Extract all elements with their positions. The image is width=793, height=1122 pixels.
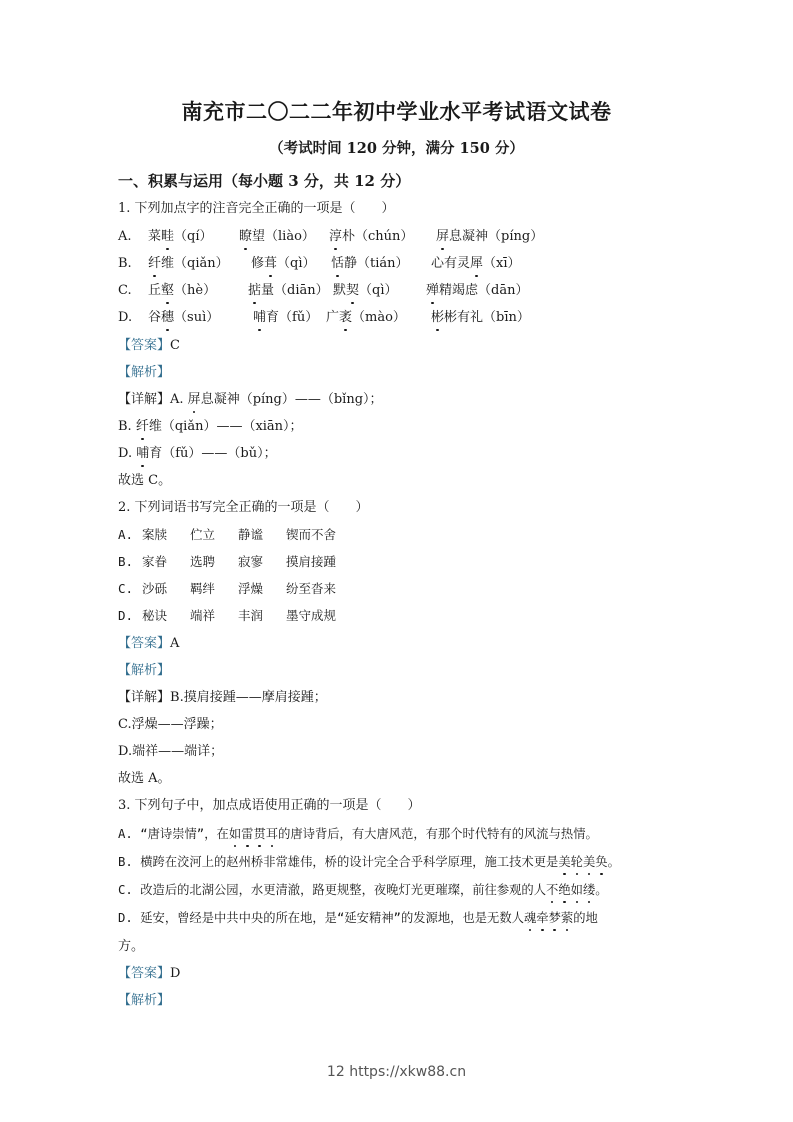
- emphasis-dot-char: 殚: [426, 282, 439, 300]
- emphasis-dot-char: 纤: [148, 255, 161, 273]
- option-item: 掂量（diān）: [248, 282, 329, 300]
- option-item: 彬彬有礼（bīn）: [431, 309, 530, 327]
- option-row: A.案牍伫立静谧锲而不舍: [118, 526, 133, 544]
- option-item: 恬静（tián）: [331, 255, 409, 273]
- question-3-stem: 3. 下列句子中，加点成语使用正确的一项是（ ）: [118, 797, 421, 815]
- option-letter: B.: [118, 855, 140, 869]
- detail-line: B. 纤维（qiǎn）——（xiān）；: [118, 418, 303, 436]
- emphasis-dot-char: 牵: [536, 909, 548, 927]
- option-word: 浮燥: [238, 580, 263, 598]
- option-row: D.谷穗（suì）哺育（fǔ）广袤（mào）彬彬有礼（bīn）: [118, 309, 132, 327]
- option-item: 殚精竭虑（dān）: [426, 282, 528, 300]
- analysis-label: 【解析】: [118, 364, 170, 382]
- detail-label: 【详解】: [118, 392, 170, 407]
- option-row: D. 延安，曾经是中共中央的所在地，是“延安精神”的发源地，也是无数人魂牵梦萦的…: [118, 909, 598, 927]
- option-word: 摸肩接踵: [286, 553, 336, 571]
- option-item: 瞭望（liào）: [239, 228, 315, 246]
- emphasis-dot-char: 屏: [436, 228, 449, 246]
- emphasis-dot-char: 掂: [248, 282, 261, 300]
- option-word: 羁绊: [190, 580, 215, 598]
- option-letter: D.: [118, 608, 133, 623]
- option-word: 寂寥: [238, 553, 263, 571]
- option-item: 修葺（qì）: [251, 255, 316, 273]
- option-letter: C.: [118, 883, 140, 897]
- question-2-stem: 2. 下列词语书写完全正确的一项是（ ）: [118, 499, 369, 517]
- option-word: 纷至沓来: [286, 580, 336, 598]
- analysis-label: 【解析】: [118, 662, 170, 680]
- option-item: 屏息凝神（píng）: [436, 228, 543, 246]
- emphasis-dot-char: 壑: [161, 282, 174, 300]
- option-d-continuation: 方。: [118, 938, 144, 956]
- emphasis-dot-char: 葺: [264, 255, 277, 273]
- answer-label: 【答案】: [118, 966, 170, 981]
- option-letter: D.: [118, 911, 140, 925]
- option-item: 菜畦（qí）: [148, 228, 213, 246]
- option-row: B.纤维（qiǎn）修葺（qì）恬静（tián）心有灵犀（xī）: [118, 255, 132, 273]
- option-word: 沙砾: [142, 580, 167, 598]
- analysis-label: 【解析】: [118, 992, 170, 1010]
- emphasis-dot-char: 如: [229, 825, 241, 843]
- page-title: 南充市二〇二二年初中学业水平考试语文试卷: [0, 96, 793, 126]
- emphasis-dot-char: 袤: [339, 309, 352, 327]
- option-letter: D.: [118, 309, 132, 327]
- option-item: 哺育（fǔ）: [253, 309, 318, 327]
- emphasis-dot-char: 哺: [136, 445, 149, 463]
- emphasis-dot-char: 契: [346, 282, 359, 300]
- option-item: 广袤（mào）: [326, 309, 406, 327]
- emphasis-dot-char: 畦: [161, 228, 174, 246]
- option-letter: A.: [118, 228, 132, 246]
- option-row: B.家眷选聘寂寥摸肩接踵: [118, 553, 133, 571]
- emphasis-dot-char: 奂: [595, 853, 607, 871]
- option-word: 秘诀: [142, 607, 167, 625]
- detail-label: 【详解】: [118, 690, 170, 705]
- option-word: 选聘: [190, 553, 215, 571]
- option-letter: B.: [118, 255, 132, 273]
- exam-page: 南充市二〇二二年初中学业水平考试语文试卷 （考试时间 120 分钟，满分 150…: [0, 0, 793, 1122]
- option-row: B. 横跨在洨河上的赵州桥非常雄伟，桥的设计完全合乎科学原理，施工技术更是美轮美…: [118, 853, 620, 871]
- page-footer: 12 https://xkw88.cn: [0, 1064, 793, 1080]
- answer-value: C: [170, 338, 180, 353]
- detail-line: 【详解】A. 屏息凝神（píng）——（bǐng）；: [118, 391, 383, 409]
- option-row: A. “唐诗崇情”，在如雷贯耳的唐诗背后，有大唐风范，有那个时代特有的风流与热情…: [118, 825, 598, 843]
- option-letter: C.: [118, 581, 133, 596]
- emphasis-dot-char: 轮: [571, 853, 583, 871]
- answer-label: 【答案】: [118, 636, 170, 651]
- conclusion: 故选 C。: [118, 472, 171, 490]
- question-1-stem: 1. 下列加点字的注音完全正确的一项是（ ）: [118, 200, 395, 218]
- emphasis-dot-char: 穗: [161, 309, 174, 327]
- emphasis-dot-char: 萦: [561, 909, 573, 927]
- option-letter: B.: [118, 554, 133, 569]
- option-word: 端祥: [190, 607, 215, 625]
- answer-row: 【答案】D: [118, 965, 180, 983]
- option-word: 锲而不舍: [286, 526, 336, 544]
- option-word: 伫立: [190, 526, 215, 544]
- emphasis-dot-char: 梦: [549, 909, 561, 927]
- emphasis-dot-char: 魂: [524, 909, 536, 927]
- emphasis-dot-char: 耳: [266, 825, 278, 843]
- option-item: 淳朴（chún）: [329, 228, 413, 246]
- detail-line: C.浮燥——浮躁；: [118, 716, 223, 734]
- emphasis-dot-char: 犀: [470, 255, 483, 273]
- answer-row: 【答案】C: [118, 337, 180, 355]
- option-item: 纤维（qiǎn）: [148, 255, 229, 273]
- option-item: 默契（qì）: [333, 282, 398, 300]
- option-word: 静谧: [238, 526, 263, 544]
- emphasis-dot-char: 绝: [558, 881, 570, 899]
- emphasis-dot-char: 如: [571, 881, 583, 899]
- option-word: 丰润: [238, 607, 263, 625]
- emphasis-dot-char: 彬: [431, 309, 444, 327]
- option-item: 心有灵犀（xī）: [431, 255, 521, 273]
- detail-line: D.端祥——端详；: [118, 743, 223, 761]
- emphasis-dot-char: 美: [583, 853, 595, 871]
- emphasis-dot-char: 缕: [583, 881, 595, 899]
- answer-value: A: [170, 636, 179, 651]
- option-row: C.沙砾羁绊浮燥纷至沓来: [118, 580, 133, 598]
- option-word: 墨守成规: [286, 607, 336, 625]
- answer-label: 【答案】: [118, 338, 170, 353]
- emphasis-dot-char: 纤: [136, 418, 149, 436]
- option-item: 丘壑（hè）: [148, 282, 216, 300]
- emphasis-dot-char: 美: [558, 853, 570, 871]
- emphasis-dot-char: 哺: [253, 309, 266, 327]
- emphasis-dot-char: 瞭: [239, 228, 252, 246]
- detail-line: D. 哺育（fǔ）——（bǔ）；: [118, 445, 277, 463]
- option-word: 案牍: [142, 526, 167, 544]
- conclusion: 故选 A。: [118, 770, 171, 788]
- emphasis-dot-char: 不: [546, 881, 558, 899]
- option-row: A.菜畦（qí）瞭望（liào）淳朴（chún）屏息凝神（píng）: [118, 228, 132, 246]
- option-row: C.丘壑（hè）掂量（diān）默契（qì）殚精竭虑（dān）: [118, 282, 132, 300]
- option-row: C. 改造后的北湖公园，水更清澈，路更规整，夜晚灯光更璀璨，前往参观的人不绝如缕…: [118, 881, 608, 899]
- emphasis-dot-char: 恬: [331, 255, 344, 273]
- option-row: D.秘诀端祥丰润墨守成规: [118, 607, 133, 625]
- section-heading: 一、积累与运用（每小题 3 分，共 12 分）: [118, 170, 410, 191]
- footer-link[interactable]: https://xkw88.cn: [349, 1064, 466, 1080]
- answer-row: 【答案】A: [118, 635, 179, 653]
- emphasis-dot-char: 贯: [253, 825, 265, 843]
- option-letter: C.: [118, 282, 132, 300]
- detail-line: 【详解】B.摸肩接踵——摩肩接踵；: [118, 689, 327, 707]
- option-letter: A.: [118, 527, 133, 542]
- answer-value: D: [170, 966, 180, 981]
- option-letter: A.: [118, 827, 140, 841]
- emphasis-dot-char: 雷: [241, 825, 253, 843]
- emphasis-dot-char: 屏: [188, 391, 201, 409]
- option-item: 谷穗（suì）: [148, 309, 219, 327]
- exam-info: （考试时间 120 分钟，满分 150 分）: [0, 137, 793, 158]
- emphasis-dot-char: 淳: [329, 228, 342, 246]
- page-number: 12: [327, 1064, 345, 1080]
- option-word: 家眷: [142, 553, 167, 571]
